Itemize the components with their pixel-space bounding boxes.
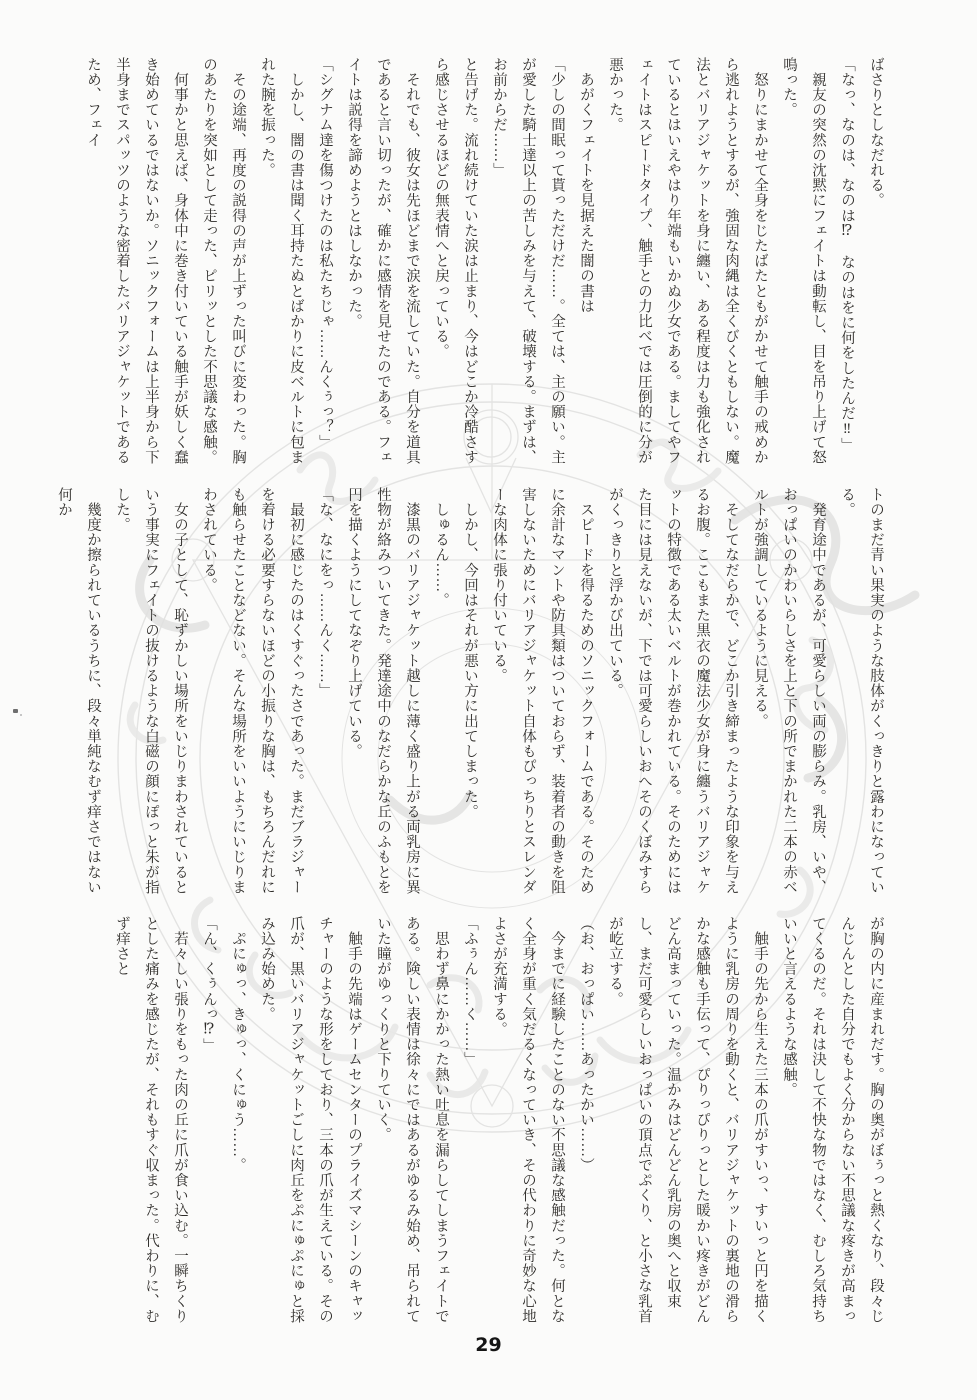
paragraph: トのまだ青い果実のような肢体がくっきりと露わになっている。 [832,487,890,908]
paragraph: あがくフェイトを見据えた闇の書は [571,57,600,478]
paragraph: その途端、再度の説得の声が上ずった叫びに変わった。胸のあたりを突如として走った、… [194,57,252,478]
paragraph: が胸の内に産まれだす。胸の奥がぼぅっと熱くなり、段々じんじんとした自分でもよく分… [774,916,890,1337]
paragraph: 発育途中であるが、可愛らしい両の膨らみ。乳房、いや、おっぱいのかわいらしさを上と… [745,487,832,908]
paragraph: 「なっ、なのは、なのは⁉ なのはをに何をしたんだ‼」 [832,57,861,478]
text-band-middle: トのまだ青い果実のような肢体がくっきりと露わになっている。 発育途中であるが、可… [90,487,890,908]
scan-speck [13,709,18,713]
paragraph: そしてなだらかで、どこか引き締まったような印象を与えるお腹。ここもまた黒衣の魔法… [600,487,745,908]
paragraph: 今までに経験したことのない不思議な感触だった。何となく全身が重く気だるくなってい… [484,916,571,1337]
paragraph: 女の子として、恥ずかしい場所をいじりまわされているという事実にフェイトの抜けるよ… [107,487,194,908]
paragraph: 触手の先から生えた三本の爪がすいっ、すいっと円を描くように乳房の周りを動くと、バ… [600,916,774,1337]
paragraph: 怒りにまかせて全身をじたばたともがかせて触手の戒めから逃れようとするが、強固な肉… [600,57,774,478]
paragraph: （お、おっぱい……あったかい……） [571,916,600,1337]
paragraph: 親友の突然の沈黙にフェイトは動転し、目を吊り上げて怒鳴った。 [774,57,832,478]
paragraph: しかし、今回はそれが悪い方に出てしまった。 [455,487,484,908]
paragraph: 最初に感じたのはくすぐったさであった。まだブラジャーを着ける必要すらないほどの小… [194,487,310,908]
paragraph: 「シグナム達を傷つけたのは私たちじゃ……んくぅっ？」 [310,57,339,478]
text-band-top: ばさりとしなだれる。「なっ、なのは、なのは⁉ なのはをに何をしたんだ‼」 親友の… [90,57,890,478]
paragraph: と告げた。流れ続けていた涙は止まり、今はどこか冷酷さすら感じさせるほどの無表情へ… [426,57,484,478]
paragraph: 何事かと思えば、身体中に巻き付いている触手が妖しく蠢き始めているではないか。ソニ… [78,57,194,478]
paragraph: ばさりとしなだれる。 [861,57,890,478]
page-number: 29 [0,1334,977,1356]
paragraph: スピードを得るためのソニックフォームである。そのために余計なマントや防具類はつい… [484,487,600,908]
paragraph: 「少しの間眠って貰っただけだ……。全ては、主の願い。主が愛した騎士達以上の苦しみ… [484,57,571,478]
scan-speck [20,714,22,716]
paragraph: 「ん、くぅんっ⁉」 [194,916,223,1337]
paragraph: 幾度か擦られているうちに、段々単純なむず痒さではない何か [49,487,107,908]
paragraph: 思わず鼻にかかった熱い吐息を漏らしてしまうフェイトである。険しい表情は徐々にでは… [368,916,455,1337]
paragraph: 触手の先端はゲームセンターのプライズマシーンのキャッチャーのような形をしており、… [252,916,368,1337]
paragraph: 若々しい張りをもった肉の丘に爪が食い込む。一瞬ちくりとした痛みを感じたが、それも… [107,916,194,1337]
text-band-bottom: が胸の内に産まれだす。胸の奥がぼぅっと熱くなり、段々じんじんとした自分でもよく分… [90,916,890,1337]
paragraph: 漆黒のバリアジャケット越しに薄く盛り上がる両乳房に異性物が絡みついてきた。発達途… [339,487,426,908]
paragraph: しかし、闇の書は聞く耳持たぬとばかりに皮ベルトに包まれた腕を振った。 [252,57,310,478]
paragraph: 「な、なにをっ……んく……」 [310,487,339,908]
paragraph: ぷにゅっ、きゅっ、くにゅう……。 [223,916,252,1337]
page: ばさりとしなだれる。「なっ、なのは、なのは⁉ なのはをに何をしたんだ‼」 親友の… [0,0,977,1400]
paragraph: それでも、彼女は先ほどまで涙を流していた。自分を道具であると言い切ったが、確かに… [339,57,426,478]
paragraph: 「ふぅん……く……」 [455,916,484,1337]
paragraph: しゅるん……。 [426,487,455,908]
